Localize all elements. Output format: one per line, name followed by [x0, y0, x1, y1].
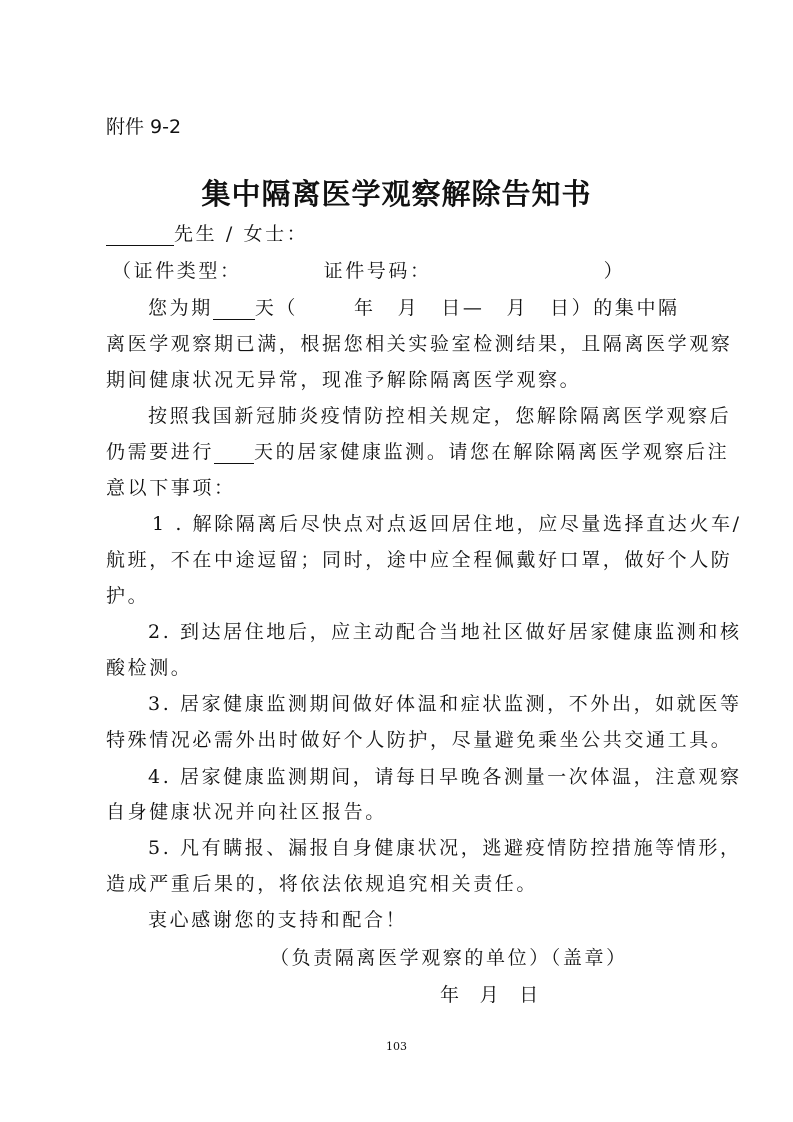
id-number-label: 证件号码： — [324, 260, 432, 282]
name-blank[interactable] — [106, 225, 174, 246]
id-type-label: （证件类型： — [112, 260, 242, 282]
document-title: 集中隔离医学观察解除告知书 — [0, 172, 793, 213]
item-4-line2: 自身健康状况并向社区报告。 — [106, 800, 387, 824]
p1-prefix: 您为期 — [148, 297, 213, 319]
salutation-suffix: 先生 / 女士： — [174, 223, 308, 245]
date-day: 日 — [519, 984, 541, 1006]
attachment-label: 附件 9-2 — [106, 112, 181, 139]
p2-prefix: 仍需要进行 — [106, 441, 214, 463]
days-blank[interactable] — [213, 299, 255, 320]
document-page: 附件 9-2 集中隔离医学观察解除告知书 先生 / 女士： （证件类型：证件号码… — [0, 0, 793, 1122]
paragraph1-line2: 离医学观察期已满，根据您相关实验室检测结果，且隔离医学观察 — [106, 332, 732, 356]
item-1-line3: 护。 — [106, 584, 149, 608]
item-1-line1: 1 . 解除隔离后尽快点对点返回居住地，应尽量选择直达火车/ — [152, 512, 742, 536]
paragraph2-line2: 仍需要进行天的居家健康监测。请您在解除隔离医学观察后注 — [106, 440, 729, 464]
date-year: 年 — [440, 984, 462, 1006]
item-2-line1: 2. 到达居住地后，应主动配合当地社区做好居家健康监测和核 — [148, 620, 742, 644]
item-3-line1: 3. 居家健康监测期间做好体温和症状监测，不外出，如就医等 — [148, 692, 742, 716]
item-5-line2: 造成严重后果的，将依法依规追究相关责任。 — [106, 872, 538, 896]
date-line: 年月日 — [440, 983, 541, 1007]
page-number: 103 — [0, 1040, 793, 1053]
p1-year: 年 — [354, 297, 376, 319]
id-close: ） — [604, 260, 626, 282]
item-3-line2: 特殊情况必需外出时做好个人防护，尽量避免乘坐公共交通工具。 — [106, 728, 732, 752]
closing-line: 衷心感谢您的支持和配合！ — [148, 908, 407, 932]
item-2-line2: 酸检测。 — [106, 656, 192, 680]
date-month: 月 — [480, 984, 502, 1006]
monitoring-days-blank[interactable] — [214, 443, 254, 464]
salutation-line: 先生 / 女士： — [106, 222, 308, 246]
paragraph1-line1: 您为期天（年月日—月日）的集中隔 — [148, 296, 680, 320]
p1-day2-suffix: 日）的集中隔 — [550, 297, 680, 319]
id-line: （证件类型：证件号码：） — [112, 259, 625, 283]
p2-suffix: 天的居家健康监测。请您在解除隔离医学观察后注 — [254, 441, 729, 463]
p1-month2: 月 — [506, 297, 528, 319]
paragraph2-line1: 按照我国新冠肺炎疫情防控相关规定，您解除隔离医学观察后 — [148, 404, 731, 428]
item-4-line1: 4. 居家健康监测期间，请每日早晚各测量一次体温，注意观察 — [148, 765, 742, 789]
paragraph1-line3: 期间健康状况无异常，现准予解除隔离医学观察。 — [106, 368, 581, 392]
paragraph2-line3: 意以下事项： — [106, 476, 236, 500]
p1-days-suffix: 天（ — [255, 297, 298, 319]
item-5-line1: 5. 凡有瞒报、漏报自身健康状况，逃避疫情防控措施等情形， — [148, 836, 742, 860]
signature-unit: （负责隔离医学观察的单位）（盖章） — [270, 946, 628, 970]
p1-day1: 日— — [441, 297, 484, 319]
item-1-line2: 航班，不在中途逗留；同时，途中应全程佩戴好口罩，做好个人防 — [106, 548, 732, 572]
p1-month1: 月 — [398, 297, 420, 319]
